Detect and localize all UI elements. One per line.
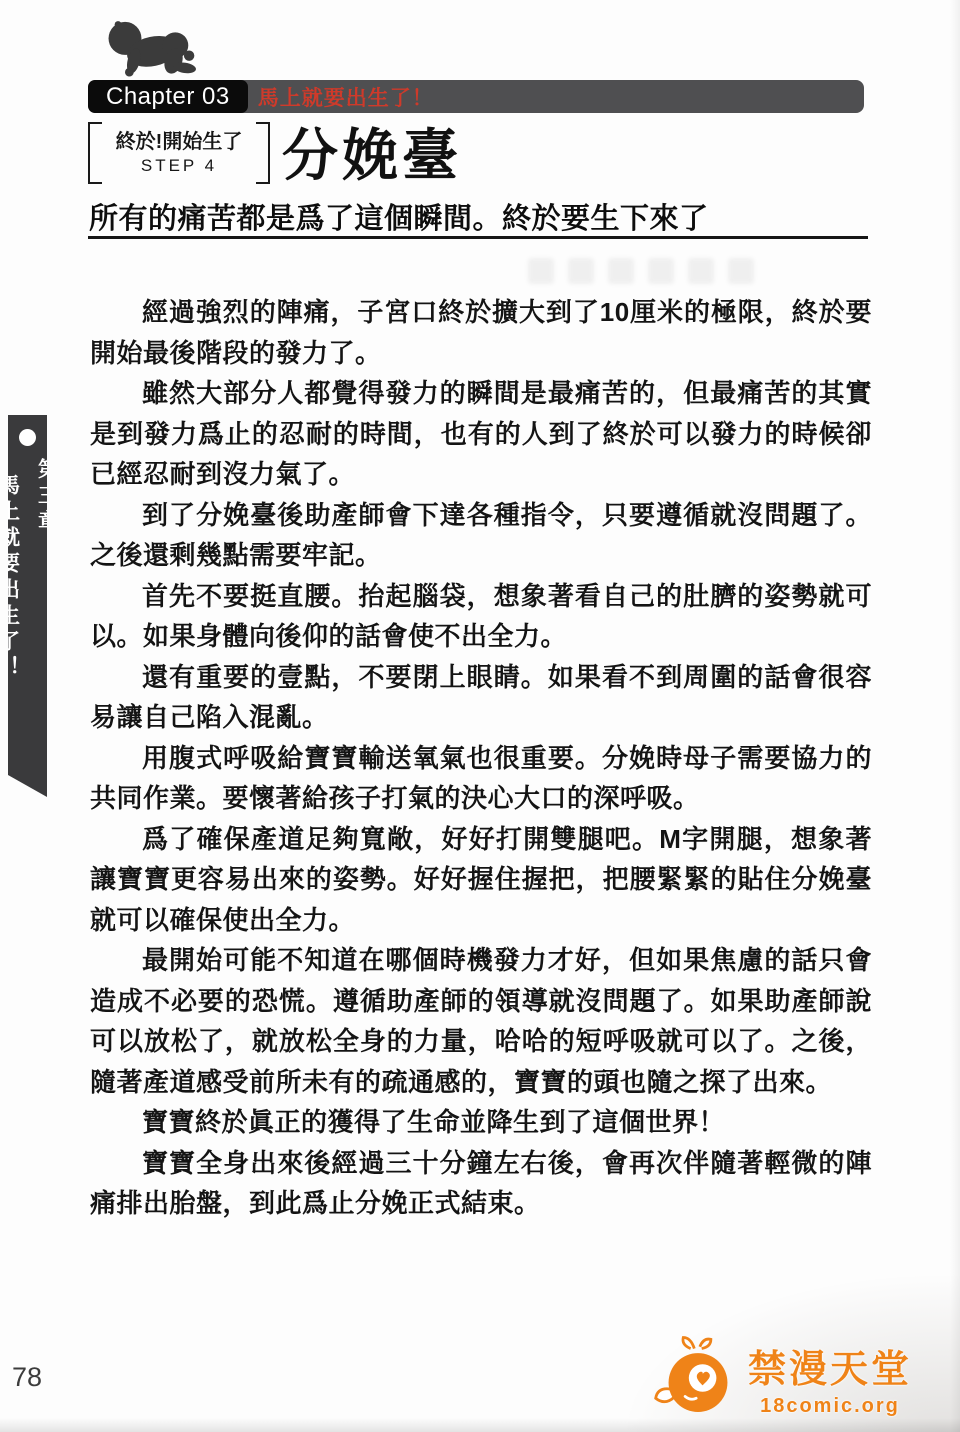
scan-edge-shadow-right: [950, 0, 960, 1432]
horizontal-rule: [88, 236, 868, 239]
page-number: 78: [12, 1362, 42, 1393]
book-page: Chapter 03 馬上就要出生了！ 終於!開始生了 STEP 4 分娩臺 所…: [0, 0, 960, 1432]
section-subtitle: 所有的痛苦都是爲了這個瞬間。終於要生下來了: [89, 196, 709, 237]
bracket-left-decoration: [88, 122, 102, 184]
sidebar-chapter-tab: 第三章 馬上就要出生了！: [8, 415, 47, 797]
paragraph: 經過強烈的陣痛，子宮口終於擴大到了10厘米的極限，終於要開始最後階段的發力了。: [90, 292, 872, 373]
paragraph: 雖然大部分人都覺得發力的瞬間是最痛苦的，但最痛苦的其實是到發力爲止的忍耐的時間，…: [90, 373, 872, 495]
mascot-icon: [652, 1332, 744, 1424]
watermark-text: 禁漫天堂 18comic.org: [748, 1338, 912, 1418]
watermark-site-url: 18comic.org: [760, 1395, 900, 1418]
scan-bleedthrough-marks: [528, 258, 828, 294]
sidebar-bullet-icon: [19, 429, 36, 446]
page-title: 分娩臺: [282, 112, 462, 192]
paragraph: 到了分娩臺後助產師會下達各種指令，只要遵循就沒問題了。之後還剩幾點需要牢記。: [90, 495, 872, 576]
paragraph: 爲了確保產道足夠寬敞，好好打開雙腿吧。M字開腿，想象著讓寶寶更容易出來的姿勢。好…: [90, 819, 872, 941]
paragraph: 還有重要的壹點，不要閉上眼睛。如果看不到周圍的話會很容易讓自己陷入混亂。: [90, 657, 872, 738]
body-text: 經過強烈的陣痛，子宮口終於擴大到了10厘米的極限，終於要開始最後階段的發力了。 …: [90, 292, 872, 1224]
step-label-box: 終於!開始生了 STEP 4: [88, 122, 270, 184]
chapter-title: 馬上就要出生了！: [258, 82, 434, 112]
paragraph: 寶寶終於眞正的獲得了生命並降生到了這個世界！: [90, 1102, 872, 1143]
paragraph: 寶寶全身出來後經過三十分鐘左右後，會再次伴隨著輕微的陣痛排出胎盤，到此爲止分娩正…: [90, 1143, 872, 1224]
chapter-number-badge: Chapter 03: [88, 80, 248, 113]
watermark: 禁漫天堂 18comic.org: [652, 1332, 912, 1424]
paragraph: 首先不要挺直腰。抬起腦袋，想象著看自己的肚臍的姿勢就可以。如果身體向後仰的話會使…: [90, 576, 872, 657]
sidebar-chapter-text: 第三章 馬上就要出生了！: [0, 458, 67, 682]
sidebar-chapter-number: 第三章: [28, 458, 67, 682]
step-number: STEP 4: [141, 155, 217, 177]
paragraph: 最開始可能不知道在哪個時機發力才好，但如果焦慮的話只會造成不必要的恐慌。遵循助產…: [90, 940, 872, 1102]
bracket-right-decoration: [256, 122, 270, 184]
sidebar-chapter-title: 馬上就要出生了！: [0, 474, 28, 682]
crawling-baby-icon: [92, 2, 210, 80]
watermark-site-name: 禁漫天堂: [748, 1338, 912, 1393]
chapter-header-bar: Chapter 03 馬上就要出生了！: [88, 80, 864, 113]
paragraph: 用腹式呼吸給寶寶輸送氧氣也很重要。分娩時母子需要協力的共同作業。要懷著給孩子打氣…: [90, 738, 872, 819]
step-caption: 終於!開始生了: [116, 129, 243, 155]
section-heading-row: 終於!開始生了 STEP 4 分娩臺: [88, 120, 868, 200]
